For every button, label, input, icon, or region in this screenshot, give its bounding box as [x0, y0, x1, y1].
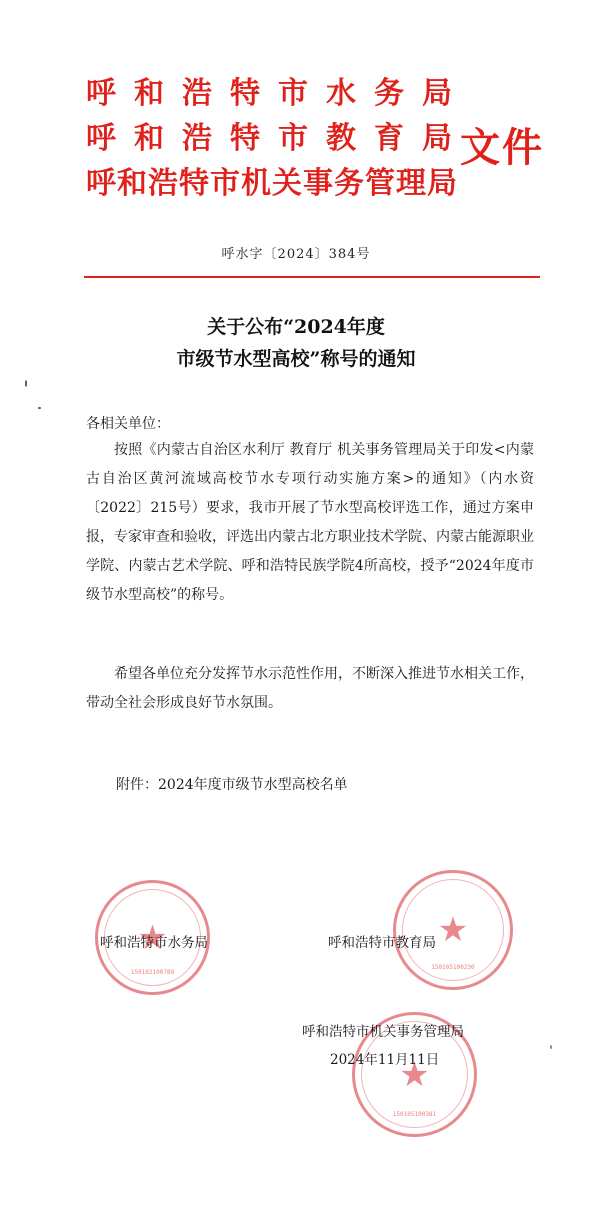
red-header-divider: [84, 276, 540, 278]
scan-speck: [550, 1045, 552, 1049]
body-paragraph-2: 希望各单位充分发挥节水示范性作用，不断深入推进节水相关工作，带动全社会形成良好节…: [86, 660, 534, 718]
issuer-affairs-bureau: 呼和浩特市机关事务管理局: [86, 166, 458, 202]
seal-code: 150105100381: [355, 1111, 474, 1118]
seal-code: 150102100789: [98, 969, 207, 976]
issuer-education-bureau: 呼和浩特市教育局: [86, 121, 470, 157]
signer-education-bureau: 呼和浩特市教育局: [328, 931, 436, 951]
document-title-line-2: 市级节水型高校”称号的通知: [0, 345, 592, 373]
attachment-note: 附件：2024年度市级节水型高校名单: [116, 774, 348, 794]
issuer-water-bureau: 呼和浩特市水务局: [86, 76, 470, 112]
document-title-line-1: 关于公布“2024年度: [0, 313, 592, 341]
signature-date: 2024年11月11日: [330, 1048, 439, 1068]
salutation: 各相关单位：: [86, 413, 170, 433]
document-number: 呼水字〔2024〕384号: [0, 243, 592, 262]
signer-affairs-bureau: 呼和浩特市机关事务管理局: [302, 1020, 464, 1040]
seal-star-icon: ★: [438, 913, 468, 947]
body-paragraph-1: 按照《内蒙古自治区水利厅 教育厅 机关事务管理局关于印发<内蒙古自治区黄河流域高…: [86, 436, 534, 610]
signer-water-bureau: 呼和浩特市水务局: [100, 931, 208, 951]
official-seal-education-bureau: ★ 150105100230: [393, 870, 513, 990]
scan-speck: [25, 380, 27, 387]
scan-speck: [38, 407, 41, 409]
seal-code: 150105100230: [396, 964, 510, 971]
document-type-label: 文件: [460, 124, 544, 172]
official-document-page: 呼和浩特市水务局 呼和浩特市教育局 呼和浩特市机关事务管理局 文件 呼水字〔20…: [0, 0, 592, 1224]
